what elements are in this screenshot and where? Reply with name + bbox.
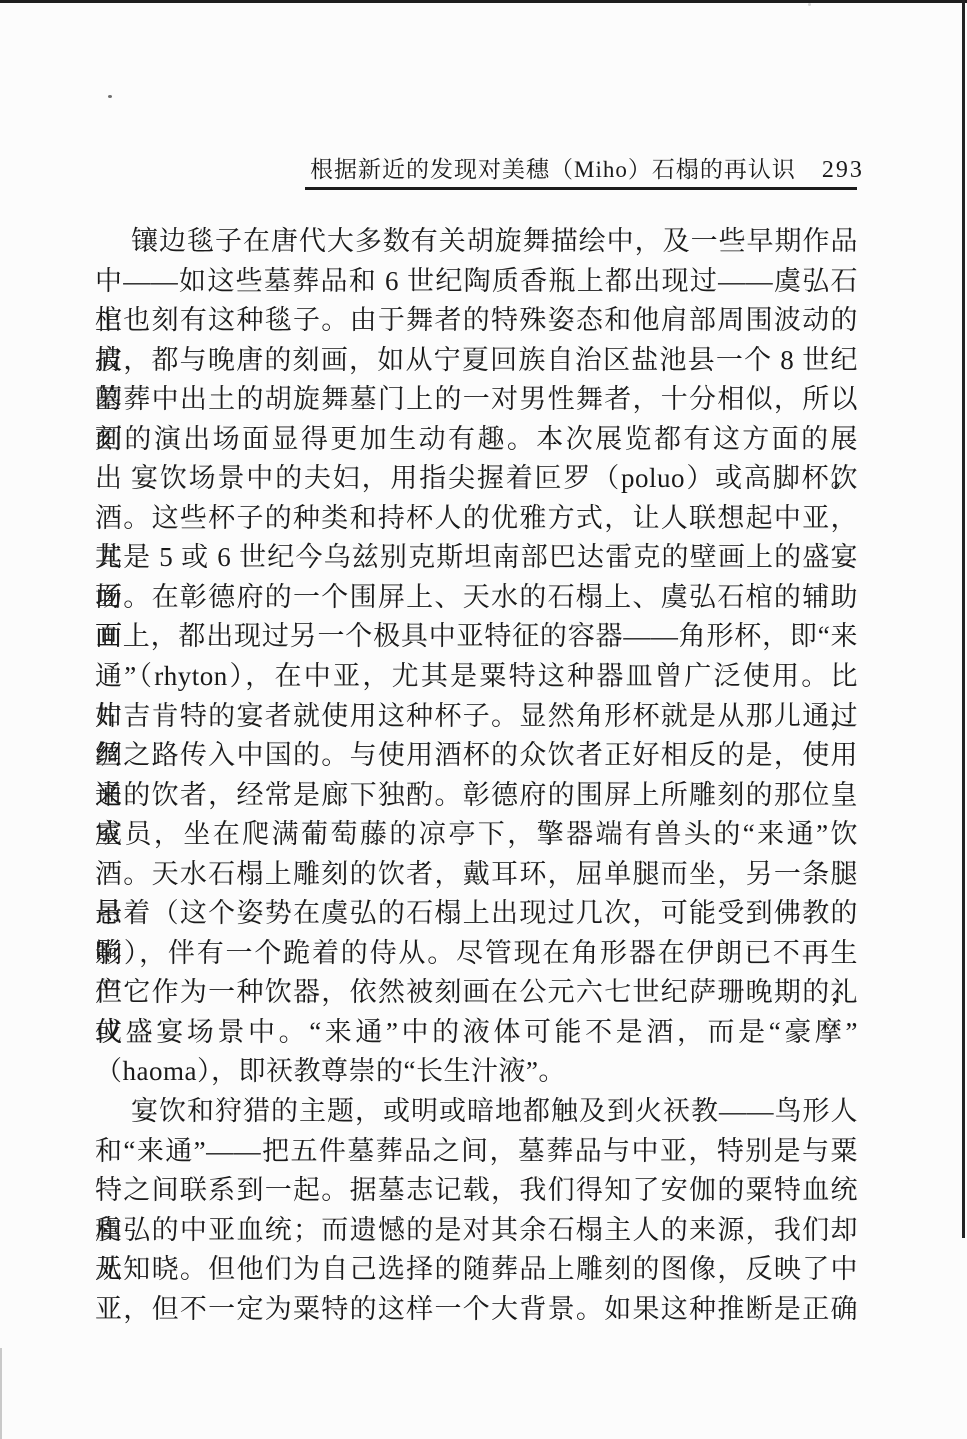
- text-line: 酒。这些杯子的种类和持杯人的优雅方式，让人联想起中亚，尤: [95, 499, 858, 539]
- text-line: 从知晓。但他们为自己选择的随葬品上雕刻的图像，反映了中: [95, 1250, 858, 1290]
- text-line: 酒。天水石榻上雕刻的饮者，戴耳环，屈单腿而坐，另一条腿悬: [95, 855, 858, 895]
- text-line: 墓葬中出土的胡旋舞墓门上的一对男性舞者，十分相似，所以刻: [95, 380, 858, 420]
- scan-artifact-top-edge: [0, 0, 967, 3]
- text-line: 亚，但不一定为粟特的这样一个大背景。如果这种推断是正确: [95, 1290, 858, 1330]
- text-line: 面。在彰德府的一个围屏上、天水的石榻上、虞弘石棺的辅助画: [95, 578, 858, 618]
- text-line: 其是 5 或 6 世纪今乌兹别克斯坦南部巴达雷克的壁画上的盛宴场: [95, 538, 858, 578]
- text-line: 通的饮者，经常是廊下独酌。彰德府的围屏上所雕刻的那位皇室: [95, 776, 858, 816]
- text-line: 特之间联系到一起。据墓志记载，我们得知了安伽的粟特血统和: [95, 1171, 858, 1211]
- text-line: （haoma），即祆教尊崇的“长生汁液”。: [95, 1052, 858, 1092]
- body-text: 镶边毯子在唐代大多数有关胡旋舞描绘中，及一些早期作品中——如这些墓葬品和 6 世…: [95, 222, 858, 1329]
- text-line: 但它作为一种饮器，依然被刻画在公元六七世纪萨珊晚期的礼仪: [95, 973, 858, 1013]
- text-line: 镶边毯子在唐代大多数有关胡旋舞描绘中，及一些早期作品: [95, 222, 858, 262]
- text-line: 面上，都出现过另一个极具中亚特征的容器——角形杯，即“来: [95, 617, 858, 657]
- text-line: 画的演出场面显得更加生动有趣。本次展览都有这方面的展出。: [95, 420, 858, 460]
- text-line: 虞弘的中亚血统；而遗憾的是对其余石榻主人的来源，我们却无: [95, 1211, 858, 1251]
- text-line: 通”（rhyton），在中亚，尤其是粟特这种器皿曾广泛使用。比如，: [95, 657, 858, 697]
- scan-artifact-left-edge: [0, 1348, 2, 1439]
- text-line: 绸之路传入中国的。与使用酒杯的众饮者正好相反的是，使用来: [95, 736, 858, 776]
- page-number: 293: [822, 157, 864, 184]
- text-line: 片吉肯特的宴者就使用这种杯子。显然角形杯就是从那儿通过丝: [95, 697, 858, 737]
- scanned-page: 根据新近的发现对美穗（Miho）石榻的再认识 293 镶边毯子在唐代大多数有关胡…: [0, 0, 967, 1439]
- running-header-title: 根据新近的发现对美穗（Miho）石榻的再认识: [310, 151, 796, 184]
- text-line: 宴饮和狩猎的主题，或明或暗地都触及到火祆教——鸟形人: [95, 1092, 858, 1132]
- text-line: 响），伴有一个跪着的侍从。尽管现在角形器在伊朗已不再生产，: [95, 934, 858, 974]
- text-line: 上也刻有这种毯子。由于舞者的特殊姿态和他肩部周围波动的披: [95, 301, 858, 341]
- text-line: 或盛宴场景中。“来通”中的液体可能不是酒，而是“豪摩”: [95, 1013, 858, 1053]
- text-line: 成员，坐在爬满葡萄藤的凉亭下，擎器端有兽头的“来通”饮: [95, 815, 858, 855]
- scan-artifact-right-edge: [962, 0, 965, 1238]
- text-line: 宴饮场景中的夫妇，用指尖握着叵罗（poluo）或高脚杯饮: [95, 459, 858, 499]
- text-line: 中——如这些墓葬品和 6 世纪陶质香瓶上都出现过——虞弘石棺: [95, 262, 858, 302]
- scan-speck-faint: [808, 3, 811, 6]
- text-line: 和“来通”——把五件墓葬品之间，墓葬品与中亚，特别是与粟: [95, 1132, 858, 1172]
- text-line: 吊着（这个姿势在虞弘的石榻上出现过几次，可能受到佛教的影: [95, 894, 858, 934]
- running-header: 根据新近的发现对美穗（Miho）石榻的再认识 293: [305, 147, 857, 190]
- text-line: 肩，都与晚唐的刻画，如从宁夏回族自治区盐池县一个 8 世纪的: [95, 341, 858, 381]
- scan-speck: [108, 95, 112, 98]
